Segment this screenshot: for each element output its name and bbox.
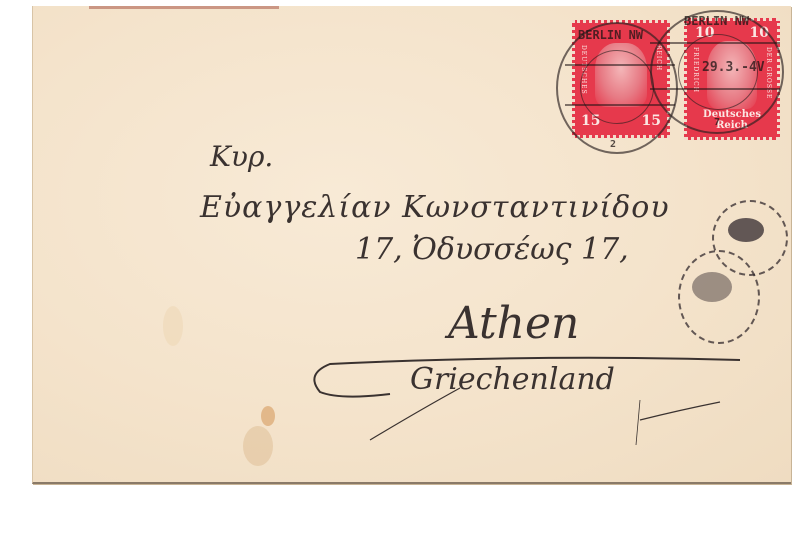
cancel-bar: [565, 104, 675, 106]
cancel-bar: [650, 42, 780, 44]
address-salutation: Κυρ.: [210, 140, 273, 173]
postmark-ink: [728, 218, 764, 242]
postmark-inner-ring: [580, 50, 654, 124]
postmark-city: BERLIN NW: [684, 14, 749, 28]
stain: [261, 406, 275, 426]
stain: [243, 426, 273, 466]
postmark-number: 2: [610, 139, 616, 150]
cancel-bar: [650, 88, 780, 90]
address-country: Griechenland: [410, 362, 615, 397]
postmark-circle: BERLIN NW 29.3.-4V 7: [650, 10, 784, 134]
postmark-date: 29.3.-4V: [702, 60, 765, 75]
top-edge-mark: [89, 6, 279, 9]
stain: [163, 306, 183, 346]
arrival-postmark: [678, 250, 760, 344]
address-street: 17, Ὀδυσσέως 17,: [355, 232, 629, 267]
postmark-city: BERLIN NW: [578, 28, 643, 42]
postmark-number: 7: [714, 117, 720, 128]
address-name: Εὐαγγελίαν Κωνσταντινίδου: [200, 190, 670, 225]
postmark-ink: [692, 272, 732, 302]
